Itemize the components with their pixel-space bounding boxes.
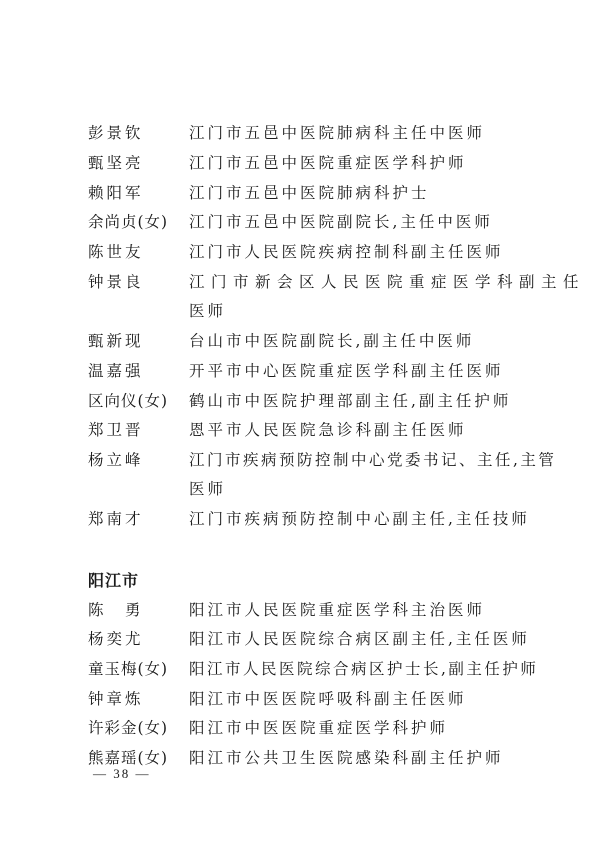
person-title: 阳江市人民医院重症医学科主治医师 [189,598,485,620]
person-title: 阳江市公共卫生医院感染科副主任护师 [189,746,504,768]
person-title: 江门市五邑中医院肺病科主任中医师 [189,121,485,143]
person-title: 江门市五邑中医院副院长,主任中医师 [189,210,493,232]
person-title: 江门市新会区人民医院重症医学科副主任 [189,270,585,292]
person-name: 杨奕尤 [88,627,144,649]
person-name: 区向仪(女) [88,389,168,411]
person-title: 台山市中医院副院长,副主任中医师 [189,329,474,351]
person-name: 甄新现 [88,329,144,351]
person-title: 阳江市中医医院重症医学科护师 [189,716,448,738]
person-title: 江门市人民医院疾病控制科副主任医师 [189,240,504,262]
person-title: 鹤山市中医院护理部副主任,副主任护师 [189,389,511,411]
person-title-continued: 医师 [189,477,226,499]
person-title: 江门市疾病预防控制中心党委书记、主任,主管 [189,448,556,470]
person-title: 阳江市人民医院综合病区护士长,副主任护师 [189,657,538,679]
person-title: 江门市五邑中医院重症医学科护师 [189,151,467,173]
person-name: 童玉梅(女) [88,657,168,679]
person-title: 阳江市中医医院呼吸科副主任医师 [189,687,467,709]
person-title: 江门市疾病预防控制中心副主任,主任技师 [189,507,530,529]
section-heading: 阳江市 [88,568,139,591]
person-title: 江门市五邑中医院肺病科护士 [189,181,430,203]
person-name: 郑南才 [88,507,144,529]
person-title: 开平市中心医院重症医学科副主任医师 [189,359,504,381]
person-name: 熊嘉瑶(女) [88,746,168,768]
person-name: 陈世友 [88,240,144,262]
person-name: 郑卫晋 [88,418,144,440]
person-name: 温嘉强 [88,359,144,381]
person-name: 钟景良 [88,270,144,292]
page-number: — 38 — [93,766,151,782]
person-name: 许彩金(女) [88,716,168,738]
person-name: 陈 勇 [88,598,144,620]
person-name: 甄坚亮 [88,151,144,173]
person-title-continued: 医师 [189,299,226,321]
person-name: 钟章炼 [88,687,144,709]
person-name: 彭景钦 [88,121,144,143]
person-name: 杨立峰 [88,448,144,470]
person-title: 阳江市人民医院综合病区副主任,主任医师 [189,627,530,649]
person-name: 余尚贞(女) [88,210,168,232]
person-title: 恩平市人民医院急诊科副主任医师 [189,418,467,440]
person-name: 赖阳军 [88,181,144,203]
